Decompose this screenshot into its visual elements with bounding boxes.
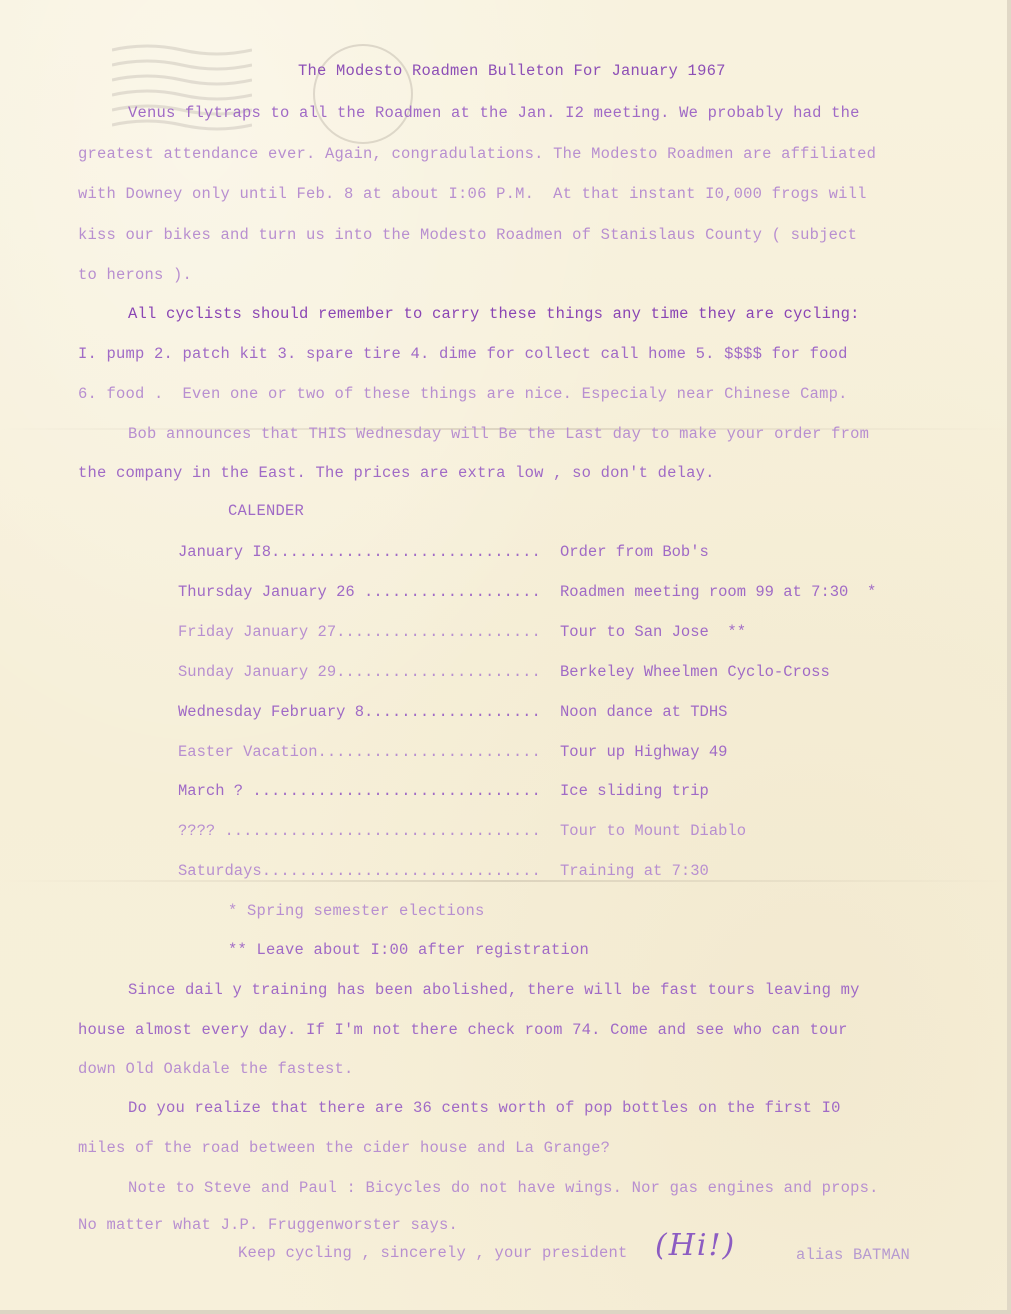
bulletin-title: The Modesto Roadmen Bulleton For January…	[298, 62, 726, 80]
calendar-event: Ice sliding trip	[560, 782, 709, 800]
calendar-event: Tour to Mount Diablo	[560, 822, 746, 840]
paragraph-line: Bob announces that THIS Wednesday will B…	[128, 425, 869, 443]
paragraph-line: house almost every day. If I'm not there…	[78, 1021, 848, 1039]
calendar-event: Order from Bob's	[560, 543, 709, 561]
paragraph-line: I. pump 2. patch kit 3. spare tire 4. di…	[78, 345, 848, 363]
calendar-date: ???? ..................................	[178, 822, 541, 840]
calendar-event: Tour to San Jose **	[560, 623, 746, 641]
paragraph-line: greatest attendance ever. Again, congrad…	[78, 145, 876, 163]
closing-text: Keep cycling , sincerely , your presiden…	[238, 1244, 628, 1262]
paragraph-line: with Downey only until Feb. 8 at about I…	[78, 185, 867, 203]
paragraph-line: the company in the East. The prices are …	[78, 464, 715, 482]
paragraph-line: miles of the road between the cider hous…	[78, 1139, 610, 1157]
calendar-footnote: * Spring semester elections	[228, 902, 485, 920]
calendar-date: Sunday January 29......................	[178, 663, 541, 681]
paragraph-line: Note to Steve and Paul : Bicycles do not…	[128, 1179, 879, 1197]
calendar-date: Friday January 27......................	[178, 623, 541, 641]
paragraph-line: Do you realize that there are 36 cents w…	[128, 1099, 841, 1117]
calendar-event: Noon dance at TDHS	[560, 703, 727, 721]
paragraph-line: No matter what J.P. Fruggenworster says.	[78, 1216, 458, 1234]
paper-edge	[1007, 0, 1011, 1314]
calendar-date: Thursday January 26 ...................	[178, 583, 541, 601]
paragraph-line: to herons ).	[78, 266, 192, 284]
calendar-event: Roadmen meeting room 99 at 7:30 *	[560, 583, 876, 601]
calendar-event: Tour up Highway 49	[560, 743, 727, 761]
signature-alias: alias BATMAN	[796, 1246, 910, 1264]
calendar-event: Training at 7:30	[560, 862, 709, 880]
calendar-heading: CALENDER	[228, 502, 304, 520]
paragraph-line: kiss our bikes and turn us into the Mode…	[78, 226, 857, 244]
calendar-date: March ? ...............................	[178, 782, 541, 800]
calendar-date: January I8.............................	[178, 543, 541, 561]
calendar-date: Wednesday February 8...................	[178, 703, 541, 721]
paper-fold	[0, 880, 1011, 882]
handwritten-signature: (Hi!)	[655, 1228, 736, 1263]
paper-edge	[0, 1310, 1011, 1314]
paragraph-line: 6. food . Even one or two of these thing…	[78, 385, 848, 403]
paragraph-line: Since dail y training has been abolished…	[128, 981, 860, 999]
paragraph-line: down Old Oakdale the fastest.	[78, 1060, 354, 1078]
calendar-footnote: ** Leave about I:00 after registration	[228, 941, 589, 959]
calendar-date: Saturdays..............................	[178, 862, 541, 880]
calendar-event: Berkeley Wheelmen Cyclo-Cross	[560, 663, 830, 681]
postmark-circle	[313, 44, 413, 144]
paragraph-line: Venus flytraps to all the Roadmen at the…	[128, 104, 860, 122]
calendar-date: Easter Vacation........................	[178, 743, 541, 761]
postmark-cancellation-waves	[112, 40, 252, 140]
paragraph-line: All cyclists should remember to carry th…	[128, 305, 860, 323]
